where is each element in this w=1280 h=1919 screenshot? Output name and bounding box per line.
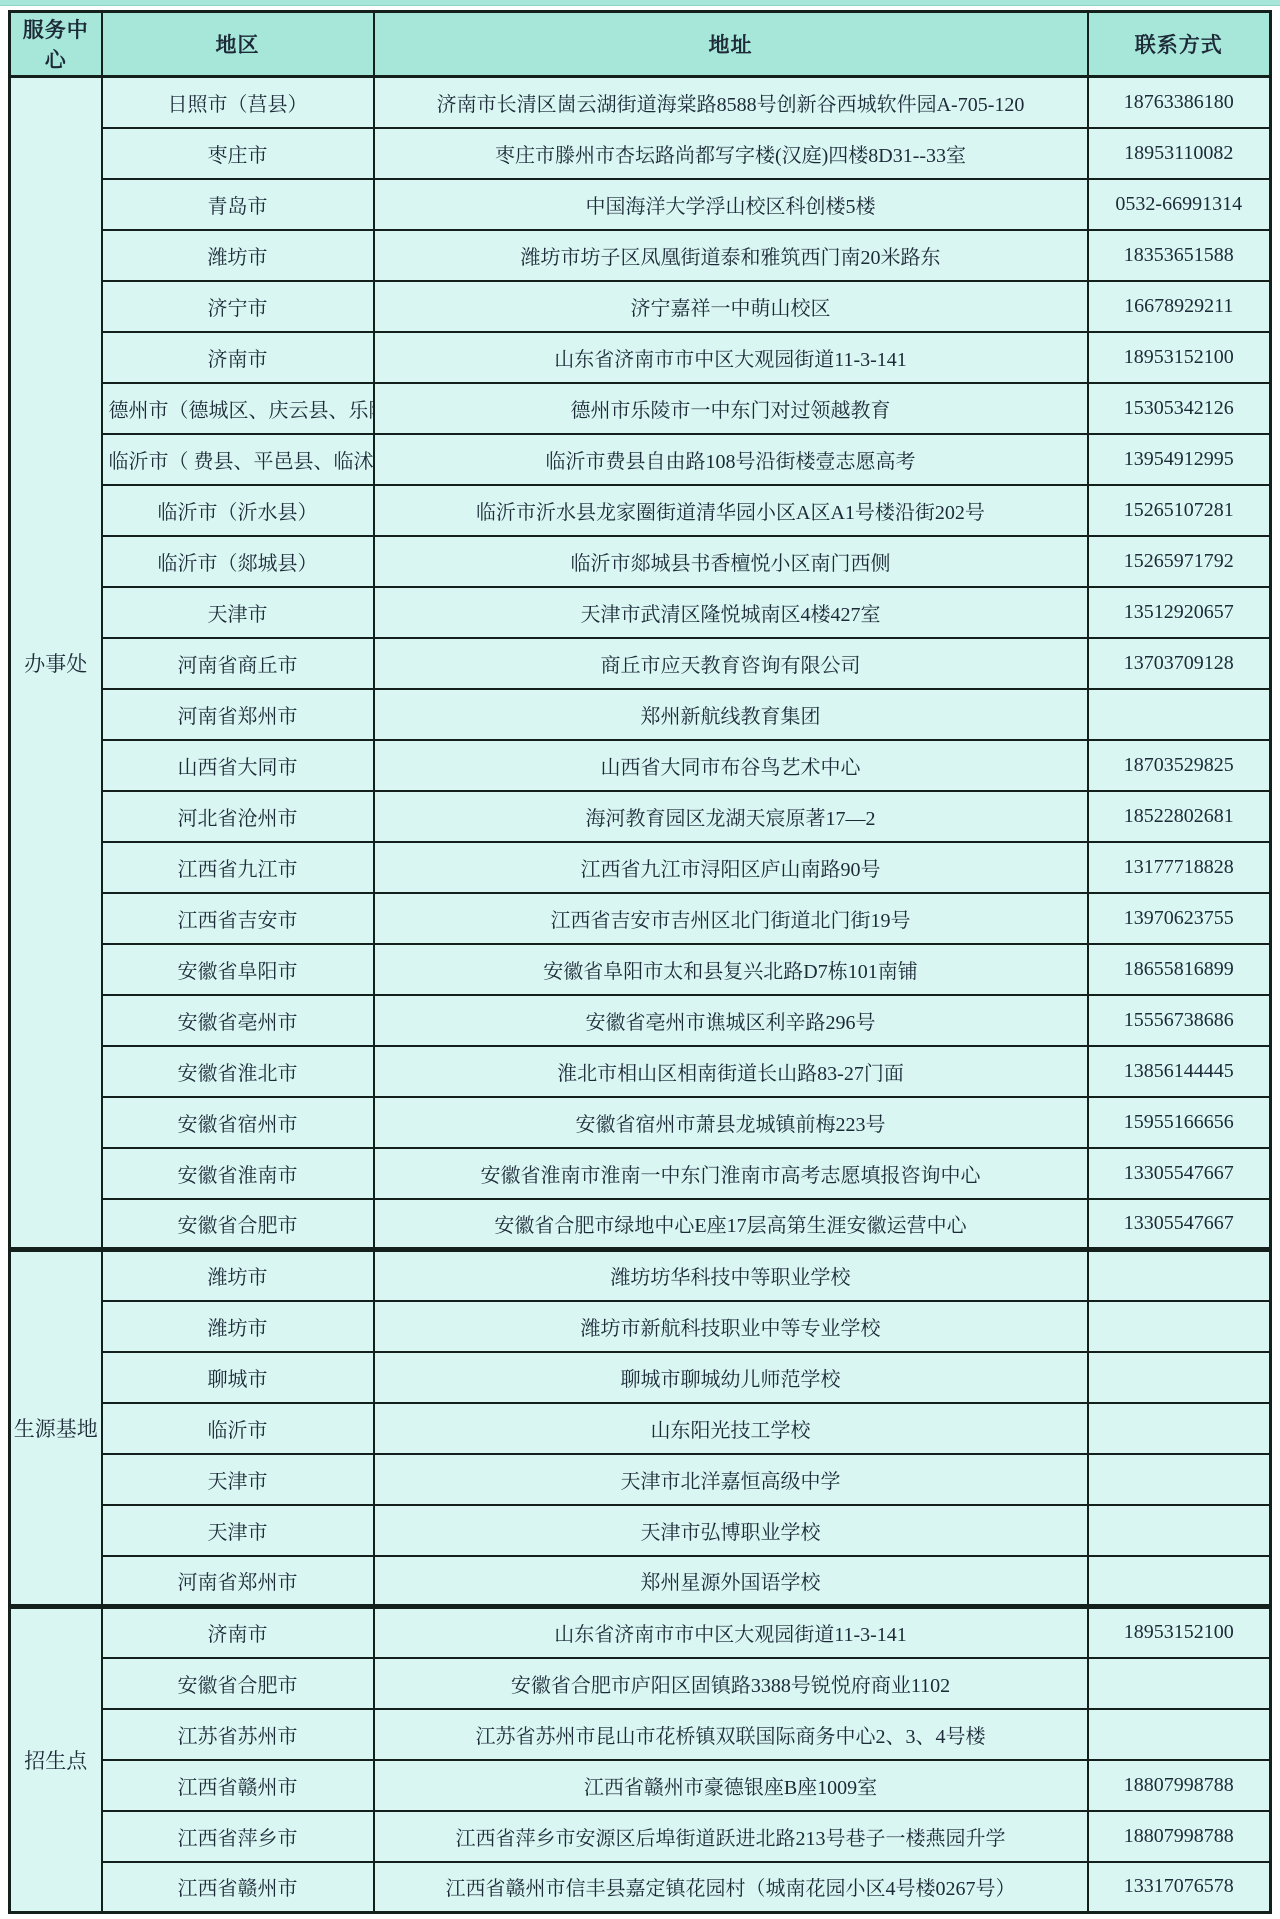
contact-cell: 18703529825 xyxy=(1088,740,1271,791)
address-cell: 山东阳光技工学校 xyxy=(374,1403,1088,1454)
contact-cell xyxy=(1088,1403,1271,1454)
table-row: 安徽省阜阳市 安徽省阜阳市太和县复兴北路D7栋101南铺 18655816899 xyxy=(10,944,1271,995)
table-row: 天津市 天津市武清区隆悦城南区4楼427室 13512920657 xyxy=(10,587,1271,638)
region-cell: 日照市（莒县） xyxy=(102,77,374,128)
table-row: 青岛市 中国海洋大学浮山校区科创楼5楼 0532-66991314 xyxy=(10,179,1271,230)
address-cell: 中国海洋大学浮山校区科创楼5楼 xyxy=(374,179,1088,230)
table-row: 招生点 济南市 山东省济南市市中区大观园街道11-3-141 189531521… xyxy=(10,1607,1271,1658)
address-cell: 江西省赣州市信丰县嘉定镇花园村（城南花园小区4号楼0267号） xyxy=(374,1862,1088,1913)
region-cell: 青岛市 xyxy=(102,179,374,230)
region-cell: 山西省大同市 xyxy=(102,740,374,791)
col-header-service-center: 服务中心 xyxy=(10,12,102,77)
region-cell: 河南省郑州市 xyxy=(102,1556,374,1607)
table-row: 河南省郑州市 郑州新航线教育集团 xyxy=(10,689,1271,740)
region-cell: 济南市 xyxy=(102,332,374,383)
contact-cell: 15265107281 xyxy=(1088,485,1271,536)
table-row: 济宁市 济宁嘉祥一中萌山校区 16678929211 xyxy=(10,281,1271,332)
table-row: 江西省九江市 江西省九江市浔阳区庐山南路90号 13177718828 xyxy=(10,842,1271,893)
contact-cell: 13305547667 xyxy=(1088,1148,1271,1199)
contact-cell: 13954912995 xyxy=(1088,434,1271,485)
region-cell: 河南省商丘市 xyxy=(102,638,374,689)
region-cell: 临沂市（沂水县） xyxy=(102,485,374,536)
contact-cell: 15265971792 xyxy=(1088,536,1271,587)
page: 服务中心 地区 地址 联系方式 办事处 日照市（莒县） 济南市长清区崮云湖街道海… xyxy=(0,0,1280,1919)
table-row: 江西省赣州市 江西省赣州市豪德银座B座1009室 18807998788 xyxy=(10,1760,1271,1811)
address-cell: 安徽省合肥市绿地中心E座17层高第生涯安徽运营中心 xyxy=(374,1199,1088,1250)
table-row: 山西省大同市 山西省大同市布谷鸟艺术中心 18703529825 xyxy=(10,740,1271,791)
address-cell: 安徽省阜阳市太和县复兴北路D7栋101南铺 xyxy=(374,944,1088,995)
address-cell: 郑州星源外国语学校 xyxy=(374,1556,1088,1607)
contact-cell: 18522802681 xyxy=(1088,791,1271,842)
region-cell: 潍坊市 xyxy=(102,1301,374,1352)
contact-cell xyxy=(1088,1250,1271,1301)
address-cell: 淮北市相山区相南街道长山路83-27门面 xyxy=(374,1046,1088,1097)
address-cell: 郑州新航线教育集团 xyxy=(374,689,1088,740)
address-cell: 德州市乐陵市一中东门对过领越教育 xyxy=(374,383,1088,434)
section-label: 生源基地 xyxy=(10,1250,102,1607)
table-row: 天津市 天津市弘博职业学校 xyxy=(10,1505,1271,1556)
table-row: 临沂市（郯城县） 临沂市郯城县书香檀悦小区南门西侧 15265971792 xyxy=(10,536,1271,587)
region-cell: 安徽省亳州市 xyxy=(102,995,374,1046)
address-cell: 安徽省合肥市庐阳区固镇路3388号锐悦府商业1102 xyxy=(374,1658,1088,1709)
table-row: 办事处 日照市（莒县） 济南市长清区崮云湖街道海棠路8588号创新谷西城软件园A… xyxy=(10,77,1271,128)
col-header-contact: 联系方式 xyxy=(1088,12,1271,77)
address-cell: 济宁嘉祥一中萌山校区 xyxy=(374,281,1088,332)
table-body: 办事处 日照市（莒县） 济南市长清区崮云湖街道海棠路8588号创新谷西城软件园A… xyxy=(10,77,1271,1913)
region-cell: 安徽省阜阳市 xyxy=(102,944,374,995)
section-label: 办事处 xyxy=(10,77,102,1250)
region-cell: 江西省赣州市 xyxy=(102,1760,374,1811)
contact-cell xyxy=(1088,1301,1271,1352)
contact-cell: 18655816899 xyxy=(1088,944,1271,995)
table-row: 安徽省亳州市 安徽省亳州市谯城区利辛路296号 15556738686 xyxy=(10,995,1271,1046)
table-row: 河南省郑州市 郑州星源外国语学校 xyxy=(10,1556,1271,1607)
table-row: 潍坊市 潍坊市坊子区凤凰街道泰和雅筑西门南20米路东 18353651588 xyxy=(10,230,1271,281)
region-cell: 聊城市 xyxy=(102,1352,374,1403)
contact-cell xyxy=(1088,1709,1271,1760)
section-label: 招生点 xyxy=(10,1607,102,1913)
address-cell: 山东省济南市市中区大观园街道11-3-141 xyxy=(374,1607,1088,1658)
region-cell: 江西省吉安市 xyxy=(102,893,374,944)
contact-cell xyxy=(1088,1352,1271,1403)
region-cell: 潍坊市 xyxy=(102,230,374,281)
table-row: 江苏省苏州市 江苏省苏州市昆山市花桥镇双联国际商务中心2、3、4号楼 xyxy=(10,1709,1271,1760)
address-cell: 潍坊坊华科技中等职业学校 xyxy=(374,1250,1088,1301)
region-cell: 江西省赣州市 xyxy=(102,1862,374,1913)
table-row: 聊城市 聊城市聊城幼儿师范学校 xyxy=(10,1352,1271,1403)
contact-cell: 13703709128 xyxy=(1088,638,1271,689)
table-row: 河北省沧州市 海河教育园区龙湖天宸原著17—2 18522802681 xyxy=(10,791,1271,842)
contact-cell xyxy=(1088,1556,1271,1607)
address-cell: 江西省吉安市吉州区北门街道北门街19号 xyxy=(374,893,1088,944)
col-header-region: 地区 xyxy=(102,12,374,77)
col-header-address: 地址 xyxy=(374,12,1088,77)
table-row: 临沂市 山东阳光技工学校 xyxy=(10,1403,1271,1454)
table-row: 安徽省淮北市 淮北市相山区相南街道长山路83-27门面 13856144445 xyxy=(10,1046,1271,1097)
contact-cell xyxy=(1088,1658,1271,1709)
contact-cell xyxy=(1088,689,1271,740)
table-row: 德州市（德城区、庆云县、乐陵市） 德州市乐陵市一中东门对过领越教育 153053… xyxy=(10,383,1271,434)
address-cell: 聊城市聊城幼儿师范学校 xyxy=(374,1352,1088,1403)
address-cell: 山东省济南市市中区大观园街道11-3-141 xyxy=(374,332,1088,383)
table-row: 天津市 天津市北洋嘉恒高级中学 xyxy=(10,1454,1271,1505)
address-cell: 商丘市应天教育咨询有限公司 xyxy=(374,638,1088,689)
address-cell: 天津市弘博职业学校 xyxy=(374,1505,1088,1556)
contact-cell: 18807998788 xyxy=(1088,1760,1271,1811)
region-cell: 临沂市（郯城县） xyxy=(102,536,374,587)
contact-cell: 15556738686 xyxy=(1088,995,1271,1046)
address-cell: 海河教育园区龙湖天宸原著17—2 xyxy=(374,791,1088,842)
contact-cell: 15305342126 xyxy=(1088,383,1271,434)
header-row: 服务中心 地区 地址 联系方式 xyxy=(10,12,1271,77)
region-cell: 临沂市（ 费县、平邑县、临沭县） xyxy=(102,434,374,485)
contact-cell: 16678929211 xyxy=(1088,281,1271,332)
address-cell: 山西省大同市布谷鸟艺术中心 xyxy=(374,740,1088,791)
address-cell: 江苏省苏州市昆山市花桥镇双联国际商务中心2、3、4号楼 xyxy=(374,1709,1088,1760)
table-row: 安徽省淮南市 安徽省淮南市淮南一中东门淮南市高考志愿填报咨询中心 1330554… xyxy=(10,1148,1271,1199)
contact-cell: 18953152100 xyxy=(1088,1607,1271,1658)
region-cell: 江苏省苏州市 xyxy=(102,1709,374,1760)
table-row: 潍坊市 潍坊市新航科技职业中等专业学校 xyxy=(10,1301,1271,1352)
contact-cell: 18807998788 xyxy=(1088,1811,1271,1862)
address-cell: 安徽省亳州市谯城区利辛路296号 xyxy=(374,995,1088,1046)
contact-cell xyxy=(1088,1505,1271,1556)
table-row: 江西省吉安市 江西省吉安市吉州区北门街道北门街19号 13970623755 xyxy=(10,893,1271,944)
table-row: 枣庄市 枣庄市滕州市杏坛路尚都写字楼(汉庭)四楼8D31--33室 189531… xyxy=(10,128,1271,179)
region-cell: 枣庄市 xyxy=(102,128,374,179)
table-row: 安徽省合肥市 安徽省合肥市庐阳区固镇路3388号锐悦府商业1102 xyxy=(10,1658,1271,1709)
region-cell: 江西省萍乡市 xyxy=(102,1811,374,1862)
address-cell: 临沂市费县自由路108号沿街楼壹志愿高考 xyxy=(374,434,1088,485)
contact-cell: 18953152100 xyxy=(1088,332,1271,383)
address-cell: 江西省赣州市豪德银座B座1009室 xyxy=(374,1760,1088,1811)
address-cell: 天津市武清区隆悦城南区4楼427室 xyxy=(374,587,1088,638)
region-cell: 安徽省淮北市 xyxy=(102,1046,374,1097)
contact-cell: 13305547667 xyxy=(1088,1199,1271,1250)
contact-cell: 13317076578 xyxy=(1088,1862,1271,1913)
contact-cell: 18953110082 xyxy=(1088,128,1271,179)
top-edge-strip xyxy=(0,0,1280,6)
contact-cell: 13512920657 xyxy=(1088,587,1271,638)
address-cell: 济南市长清区崮云湖街道海棠路8588号创新谷西城软件园A-705-120 xyxy=(374,77,1088,128)
address-cell: 江西省萍乡市安源区后埠街道跃进北路213号巷子一楼燕园升学 xyxy=(374,1811,1088,1862)
region-cell: 天津市 xyxy=(102,1454,374,1505)
contact-cell: 18353651588 xyxy=(1088,230,1271,281)
table-row: 临沂市（沂水县） 临沂市沂水县龙家圈街道清华园小区A区A1号楼沿街202号 15… xyxy=(10,485,1271,536)
region-cell: 潍坊市 xyxy=(102,1250,374,1301)
table-row: 生源基地 潍坊市 潍坊坊华科技中等职业学校 xyxy=(10,1250,1271,1301)
table-row: 安徽省合肥市 安徽省合肥市绿地中心E座17层高第生涯安徽运营中心 1330554… xyxy=(10,1199,1271,1250)
address-cell: 天津市北洋嘉恒高级中学 xyxy=(374,1454,1088,1505)
region-cell: 德州市（德城区、庆云县、乐陵市） xyxy=(102,383,374,434)
region-cell: 临沂市 xyxy=(102,1403,374,1454)
region-cell: 江西省九江市 xyxy=(102,842,374,893)
address-cell: 潍坊市新航科技职业中等专业学校 xyxy=(374,1301,1088,1352)
region-cell: 济南市 xyxy=(102,1607,374,1658)
region-cell: 天津市 xyxy=(102,1505,374,1556)
table-row: 安徽省宿州市 安徽省宿州市萧县龙城镇前梅223号 15955166656 xyxy=(10,1097,1271,1148)
region-cell: 河南省郑州市 xyxy=(102,689,374,740)
table-row: 临沂市（ 费县、平邑县、临沭县） 临沂市费县自由路108号沿街楼壹志愿高考 13… xyxy=(10,434,1271,485)
region-cell: 天津市 xyxy=(102,587,374,638)
address-cell: 安徽省宿州市萧县龙城镇前梅223号 xyxy=(374,1097,1088,1148)
region-cell: 济宁市 xyxy=(102,281,374,332)
address-cell: 临沂市沂水县龙家圈街道清华园小区A区A1号楼沿街202号 xyxy=(374,485,1088,536)
table-row: 江西省赣州市 江西省赣州市信丰县嘉定镇花园村（城南花园小区4号楼0267号） 1… xyxy=(10,1862,1271,1913)
address-cell: 枣庄市滕州市杏坛路尚都写字楼(汉庭)四楼8D31--33室 xyxy=(374,128,1088,179)
region-cell: 河北省沧州市 xyxy=(102,791,374,842)
table-row: 济南市 山东省济南市市中区大观园街道11-3-141 18953152100 xyxy=(10,332,1271,383)
contact-cell: 15955166656 xyxy=(1088,1097,1271,1148)
contact-cell xyxy=(1088,1454,1271,1505)
table-row: 江西省萍乡市 江西省萍乡市安源区后埠街道跃进北路213号巷子一楼燕园升学 188… xyxy=(10,1811,1271,1862)
address-cell: 江西省九江市浔阳区庐山南路90号 xyxy=(374,842,1088,893)
contact-cell: 18763386180 xyxy=(1088,77,1271,128)
service-centers-table: 服务中心 地区 地址 联系方式 办事处 日照市（莒县） 济南市长清区崮云湖街道海… xyxy=(8,10,1272,1914)
contact-cell: 13856144445 xyxy=(1088,1046,1271,1097)
contact-cell: 0532-66991314 xyxy=(1088,179,1271,230)
region-cell: 安徽省宿州市 xyxy=(102,1097,374,1148)
contact-cell: 13970623755 xyxy=(1088,893,1271,944)
table-row: 河南省商丘市 商丘市应天教育咨询有限公司 13703709128 xyxy=(10,638,1271,689)
region-cell: 安徽省合肥市 xyxy=(102,1658,374,1709)
address-cell: 潍坊市坊子区凤凰街道泰和雅筑西门南20米路东 xyxy=(374,230,1088,281)
region-cell: 安徽省淮南市 xyxy=(102,1148,374,1199)
contact-cell: 13177718828 xyxy=(1088,842,1271,893)
address-cell: 安徽省淮南市淮南一中东门淮南市高考志愿填报咨询中心 xyxy=(374,1148,1088,1199)
region-cell: 安徽省合肥市 xyxy=(102,1199,374,1250)
address-cell: 临沂市郯城县书香檀悦小区南门西侧 xyxy=(374,536,1088,587)
